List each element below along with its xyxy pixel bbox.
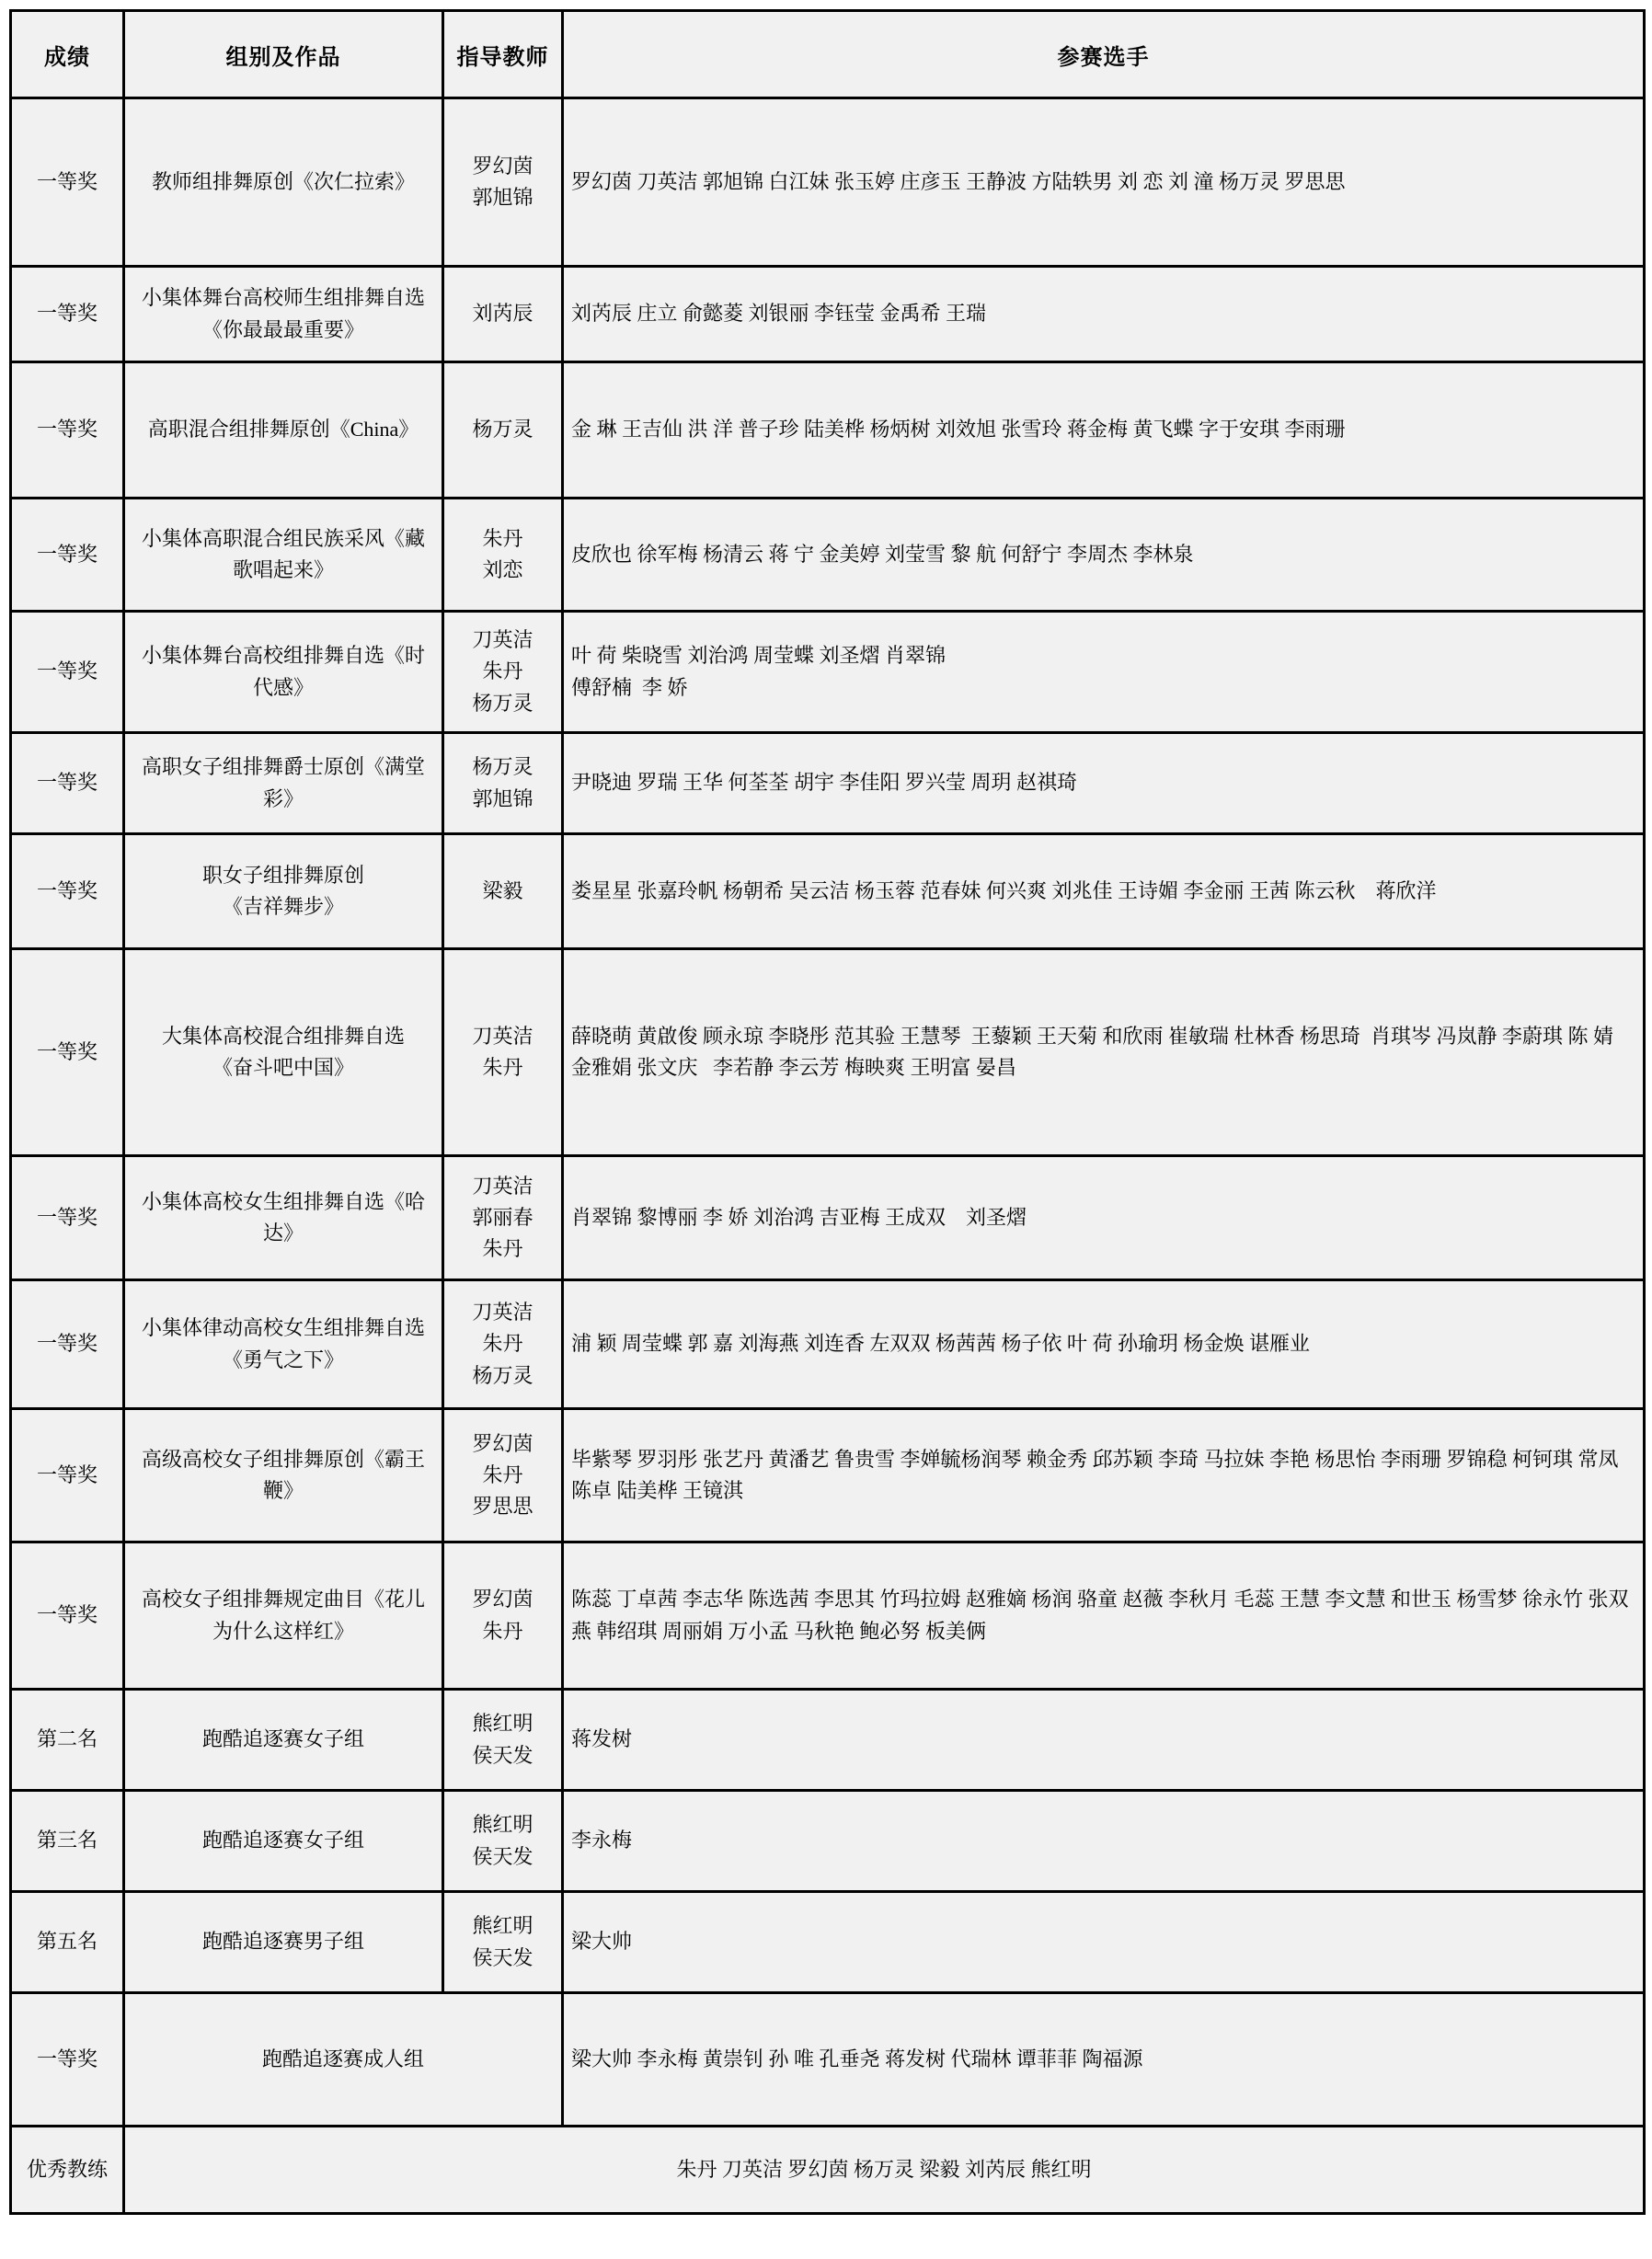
teachers-cell: 罗幻茵 朱丹 xyxy=(443,1542,563,1690)
work-cell: 跑酷追逐赛女子组 xyxy=(124,1690,443,1791)
work-cell: 大集体高校混合组排舞自选 《奋斗吧中国》 xyxy=(124,949,443,1156)
teachers-cell: 熊红明 侯天发 xyxy=(443,1892,563,1993)
teachers-cell: 朱丹 刘恋 xyxy=(443,499,563,612)
table-row: 优秀教练朱丹 刀英洁 罗幻茵 杨万灵 梁毅 刘芮辰 熊红明 xyxy=(11,2127,1645,2214)
column-header-work: 组别及作品 xyxy=(124,11,443,98)
award-cell: 一等奖 xyxy=(11,1993,124,2127)
teachers-cell: 熊红明 侯天发 xyxy=(443,1791,563,1892)
players-cell: 肖翠锦 黎博丽 李 娇 刘治鸿 吉亚梅 王成双 刘圣熠 xyxy=(563,1156,1645,1280)
award-cell: 一等奖 xyxy=(11,362,124,499)
results-table: 成绩 组别及作品 指导教师 参赛选手 一等奖教师组排舞原创《次仁拉索》罗幻茵 郭… xyxy=(9,9,1646,2215)
work-cell: 跑酷追逐赛成人组 xyxy=(124,1993,563,2127)
players-cell: 金 琳 王吉仙 洪 洋 普子珍 陆美桦 杨炳树 刘效旭 张雪玲 蒋金梅 黄飞蝶 … xyxy=(563,362,1645,499)
teachers-cell: 罗幻茵 郭旭锦 xyxy=(443,98,563,267)
players-cell: 蒋发树 xyxy=(563,1690,1645,1791)
players-cell: 毕紫琴 罗羽彤 张艺丹 黄潘艺 鲁贵雪 李婵毓杨润琴 赖金秀 邱苏颖 李琦 马拉… xyxy=(563,1409,1645,1542)
table-row: 一等奖教师组排舞原创《次仁拉索》罗幻茵 郭旭锦罗幻茵 刀英洁 郭旭锦 白江妹 张… xyxy=(11,98,1645,267)
award-cell: 优秀教练 xyxy=(11,2127,124,2214)
column-header-award: 成绩 xyxy=(11,11,124,98)
players-cell: 李永梅 xyxy=(563,1791,1645,1892)
players-cell: 娄星星 张嘉玲帆 杨朝希 吴云洁 杨玉蓉 范春妹 何兴爽 刘兆佳 王诗媚 李金丽… xyxy=(563,834,1645,949)
table-row: 一等奖高职女子组排舞爵士原创《满堂彩》杨万灵 郭旭锦尹晓迪 罗瑞 王华 何荃荃 … xyxy=(11,733,1645,834)
award-cell: 第五名 xyxy=(11,1892,124,1993)
work-cell: 跑酷追逐赛男子组 xyxy=(124,1892,443,1993)
award-cell: 第三名 xyxy=(11,1791,124,1892)
award-cell: 一等奖 xyxy=(11,834,124,949)
players-cell: 浦 颖 周莹蝶 郭 嘉 刘海燕 刘连香 左双双 杨茜茜 杨子依 叶 荷 孙瑜玥 … xyxy=(563,1280,1645,1409)
work-cell: 教师组排舞原创《次仁拉索》 xyxy=(124,98,443,267)
players-cell: 叶 荷 柴晓雪 刘治鸿 周莹蝶 刘圣熠 肖翠锦 傅舒楠 李 娇 xyxy=(563,612,1645,733)
table-row: 一等奖高级高校女子组排舞原创《霸王鞭》罗幻茵 朱丹 罗思思毕紫琴 罗羽彤 张艺丹… xyxy=(11,1409,1645,1542)
table-row: 一等奖高职混合组排舞原创《China》杨万灵金 琳 王吉仙 洪 洋 普子珍 陆美… xyxy=(11,362,1645,499)
table-row: 一等奖小集体舞台高校组排舞自选《时代感》刀英洁 朱丹 杨万灵叶 荷 柴晓雪 刘治… xyxy=(11,612,1645,733)
table-row: 第二名跑酷追逐赛女子组熊红明 侯天发蒋发树 xyxy=(11,1690,1645,1791)
work-cell: 高职混合组排舞原创《China》 xyxy=(124,362,443,499)
teachers-cell: 梁毅 xyxy=(443,834,563,949)
teachers-cell: 熊红明 侯天发 xyxy=(443,1690,563,1791)
players-cell: 薛晓萌 黄啟俊 顾永琼 李晓彤 范其验 王慧琴 王藜颖 王天菊 和欣雨 崔敏瑞 … xyxy=(563,949,1645,1156)
table-body: 一等奖教师组排舞原创《次仁拉索》罗幻茵 郭旭锦罗幻茵 刀英洁 郭旭锦 白江妹 张… xyxy=(11,98,1645,2214)
award-cell: 一等奖 xyxy=(11,1280,124,1409)
players-cell: 罗幻茵 刀英洁 郭旭锦 白江妹 张玉婷 庄彦玉 王静波 方陆轶男 刘 恋 刘 潼… xyxy=(563,98,1645,267)
column-header-teachers: 指导教师 xyxy=(443,11,563,98)
teachers-cell: 杨万灵 郭旭锦 xyxy=(443,733,563,834)
work-cell: 小集体舞台高校组排舞自选《时代感》 xyxy=(124,612,443,733)
teachers-cell: 刀英洁 朱丹 杨万灵 xyxy=(443,612,563,733)
work-cell: 高校女子组排舞规定曲目《花儿为什么这样红》 xyxy=(124,1542,443,1690)
award-cell: 一等奖 xyxy=(11,733,124,834)
players-cell: 刘芮辰 庄立 俞懿菱 刘银丽 李钰莹 金禹希 王瑞 xyxy=(563,267,1645,362)
teachers-cell: 杨万灵 xyxy=(443,362,563,499)
work-cell: 职女子组排舞原创 《吉祥舞步》 xyxy=(124,834,443,949)
work-cell: 小集体舞台高校师生组排舞自选 《你最最最重要》 xyxy=(124,267,443,362)
table-row: 一等奖小集体高校女生组排舞自选《哈达》刀英洁 郭丽春 朱丹肖翠锦 黎博丽 李 娇… xyxy=(11,1156,1645,1280)
award-cell: 一等奖 xyxy=(11,98,124,267)
work-cell: 小集体高职混合组民族采风《藏歌唱起来》 xyxy=(124,499,443,612)
award-cell: 一等奖 xyxy=(11,949,124,1156)
header-row: 成绩 组别及作品 指导教师 参赛选手 xyxy=(11,11,1645,98)
award-cell: 一等奖 xyxy=(11,1542,124,1690)
work-cell: 高职女子组排舞爵士原创《满堂彩》 xyxy=(124,733,443,834)
table-row: 第三名跑酷追逐赛女子组熊红明 侯天发李永梅 xyxy=(11,1791,1645,1892)
award-cell: 一等奖 xyxy=(11,499,124,612)
table-row: 一等奖小集体高职混合组民族采风《藏歌唱起来》朱丹 刘恋皮欣也 徐军梅 杨清云 蒋… xyxy=(11,499,1645,612)
table-row: 一等奖小集体舞台高校师生组排舞自选 《你最最最重要》刘芮辰刘芮辰 庄立 俞懿菱 … xyxy=(11,267,1645,362)
teachers-cell: 刀英洁 朱丹 杨万灵 xyxy=(443,1280,563,1409)
award-cell: 一等奖 xyxy=(11,267,124,362)
merged-coaches-cell: 朱丹 刀英洁 罗幻茵 杨万灵 梁毅 刘芮辰 熊红明 xyxy=(124,2127,1645,2214)
teachers-cell: 罗幻茵 朱丹 罗思思 xyxy=(443,1409,563,1542)
table-row: 一等奖高校女子组排舞规定曲目《花儿为什么这样红》罗幻茵 朱丹陈蕊 丁卓茜 李志华… xyxy=(11,1542,1645,1690)
award-cell: 一等奖 xyxy=(11,1409,124,1542)
work-cell: 跑酷追逐赛女子组 xyxy=(124,1791,443,1892)
award-cell: 一等奖 xyxy=(11,612,124,733)
table-row: 第五名跑酷追逐赛男子组熊红明 侯天发梁大帅 xyxy=(11,1892,1645,1993)
table-row: 一等奖跑酷追逐赛成人组梁大帅 李永梅 黄崇钊 孙 唯 孔垂尧 蒋发树 代瑞林 谭… xyxy=(11,1993,1645,2127)
players-cell: 尹晓迪 罗瑞 王华 何荃荃 胡宇 李佳阳 罗兴莹 周玥 赵祺琦 xyxy=(563,733,1645,834)
players-cell: 皮欣也 徐军梅 杨清云 蒋 宁 金美婷 刘莹雪 黎 航 何舒宁 李周杰 李林泉 xyxy=(563,499,1645,612)
award-cell: 一等奖 xyxy=(11,1156,124,1280)
work-cell: 高级高校女子组排舞原创《霸王鞭》 xyxy=(124,1409,443,1542)
teachers-cell: 刀英洁 郭丽春 朱丹 xyxy=(443,1156,563,1280)
players-cell: 梁大帅 李永梅 黄崇钊 孙 唯 孔垂尧 蒋发树 代瑞林 谭菲菲 陶福源 xyxy=(563,1993,1645,2127)
table-row: 一等奖职女子组排舞原创 《吉祥舞步》梁毅娄星星 张嘉玲帆 杨朝希 吴云洁 杨玉蓉… xyxy=(11,834,1645,949)
teachers-cell: 刀英洁 朱丹 xyxy=(443,949,563,1156)
teachers-cell: 刘芮辰 xyxy=(443,267,563,362)
table-row: 一等奖大集体高校混合组排舞自选 《奋斗吧中国》刀英洁 朱丹薛晓萌 黄啟俊 顾永琼… xyxy=(11,949,1645,1156)
document-page: 成绩 组别及作品 指导教师 参赛选手 一等奖教师组排舞原创《次仁拉索》罗幻茵 郭… xyxy=(0,0,1652,2259)
table-header: 成绩 组别及作品 指导教师 参赛选手 xyxy=(11,11,1645,98)
players-cell: 梁大帅 xyxy=(563,1892,1645,1993)
column-header-players: 参赛选手 xyxy=(563,11,1645,98)
work-cell: 小集体律动高校女生组排舞自选《勇气之下》 xyxy=(124,1280,443,1409)
work-cell: 小集体高校女生组排舞自选《哈达》 xyxy=(124,1156,443,1280)
award-cell: 第二名 xyxy=(11,1690,124,1791)
players-cell: 陈蕊 丁卓茜 李志华 陈选茜 李思其 竹玛拉姆 赵雅嫡 杨润 骆童 赵薇 李秋月… xyxy=(563,1542,1645,1690)
table-row: 一等奖小集体律动高校女生组排舞自选《勇气之下》刀英洁 朱丹 杨万灵浦 颖 周莹蝶… xyxy=(11,1280,1645,1409)
